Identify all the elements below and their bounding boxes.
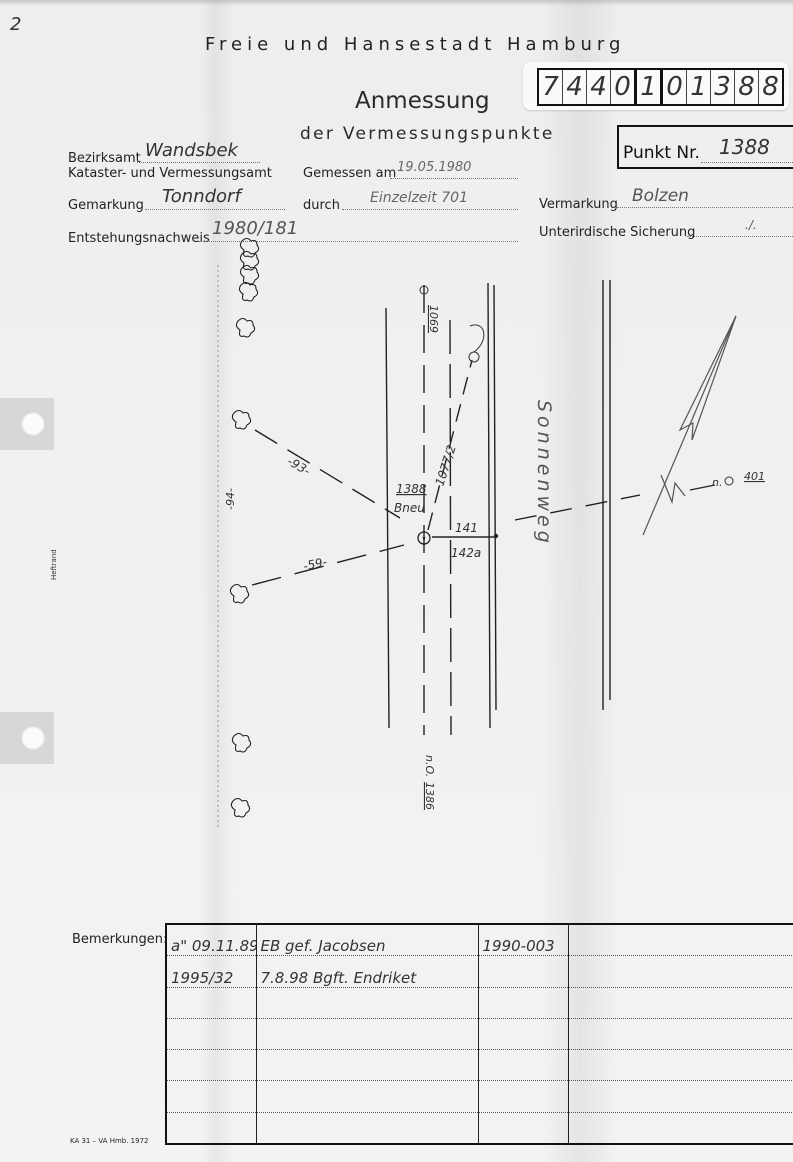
remarks-table: a" 09.11.89EB gef. Jacobsen1990-003 1995… [165, 923, 793, 1145]
remark-cell[interactable] [568, 956, 793, 987]
remark-cell[interactable]: 7.8.98 Bgft. Endriket [256, 956, 478, 987]
remark-cell[interactable] [568, 1018, 793, 1049]
remark-cell[interactable] [166, 1081, 256, 1112]
remark-cell[interactable] [478, 1018, 568, 1049]
remark-cell[interactable]: 1995/32 [166, 956, 256, 987]
tree-icons [230, 239, 258, 818]
table-row [166, 987, 793, 1018]
remark-cell[interactable]: EB gef. Jacobsen [256, 924, 478, 956]
remark-cell[interactable] [568, 987, 793, 1018]
measure-142a: 142a [451, 546, 481, 560]
point-right-label: 401 [744, 470, 765, 483]
measure-93: -93- [285, 454, 313, 478]
measure-59: -59- [302, 555, 328, 574]
remark-cell[interactable]: 1990-003 [478, 924, 568, 956]
remark-cell[interactable] [256, 1112, 478, 1144]
remark-cell[interactable] [568, 924, 793, 956]
remark-cell[interactable] [568, 1050, 793, 1081]
survey-sketch: 1388 Bneu -93- -59- 141 142a 1077/2 -94-… [0, 0, 793, 900]
remarks-label: Bemerkungen: [72, 932, 167, 947]
table-row: a" 09.11.89EB gef. Jacobsen1990-003 [166, 924, 793, 956]
north-arrow-icon [643, 316, 736, 535]
measure-1077: 1077/2 [433, 443, 459, 487]
remark-cell[interactable] [256, 1018, 478, 1049]
street-name-label: Sonnenweg [533, 400, 555, 547]
remark-cell[interactable] [478, 1081, 568, 1112]
remark-cell[interactable] [478, 987, 568, 1018]
remark-cell[interactable] [166, 1112, 256, 1144]
remark-cell[interactable] [256, 987, 478, 1018]
point-bottom-prefix: n.O. [423, 755, 436, 777]
remark-cell[interactable] [256, 1050, 478, 1081]
table-row [166, 1112, 793, 1144]
table-row [166, 1081, 793, 1112]
point-top-label: 1069 [427, 305, 440, 333]
remark-cell[interactable] [478, 1112, 568, 1144]
remark-cell[interactable] [166, 987, 256, 1018]
table-row: 1995/327.8.98 Bgft. Endriket [166, 956, 793, 987]
remark-cell[interactable] [478, 956, 568, 987]
point-sublabel: Bneu [394, 501, 425, 515]
remark-cell[interactable] [256, 1081, 478, 1112]
remark-cell[interactable]: a" 09.11.89 [166, 924, 256, 956]
remark-cell[interactable] [478, 1050, 568, 1081]
remark-cell[interactable] [166, 1018, 256, 1049]
measure-141: 141 [455, 521, 478, 535]
remark-cell[interactable] [166, 1050, 256, 1081]
table-row [166, 1018, 793, 1049]
point-number-label: 1388 [396, 482, 427, 496]
remark-cell[interactable] [568, 1081, 793, 1112]
table-row [166, 1050, 793, 1081]
remark-cell[interactable] [568, 1112, 793, 1144]
form-footer: KA 31 – VA Hmb. 1972 [70, 1137, 148, 1145]
measure-94: -94- [224, 488, 237, 510]
point-bottom-label: 1386 [423, 782, 436, 810]
point-right-prefix: n. [712, 476, 722, 489]
